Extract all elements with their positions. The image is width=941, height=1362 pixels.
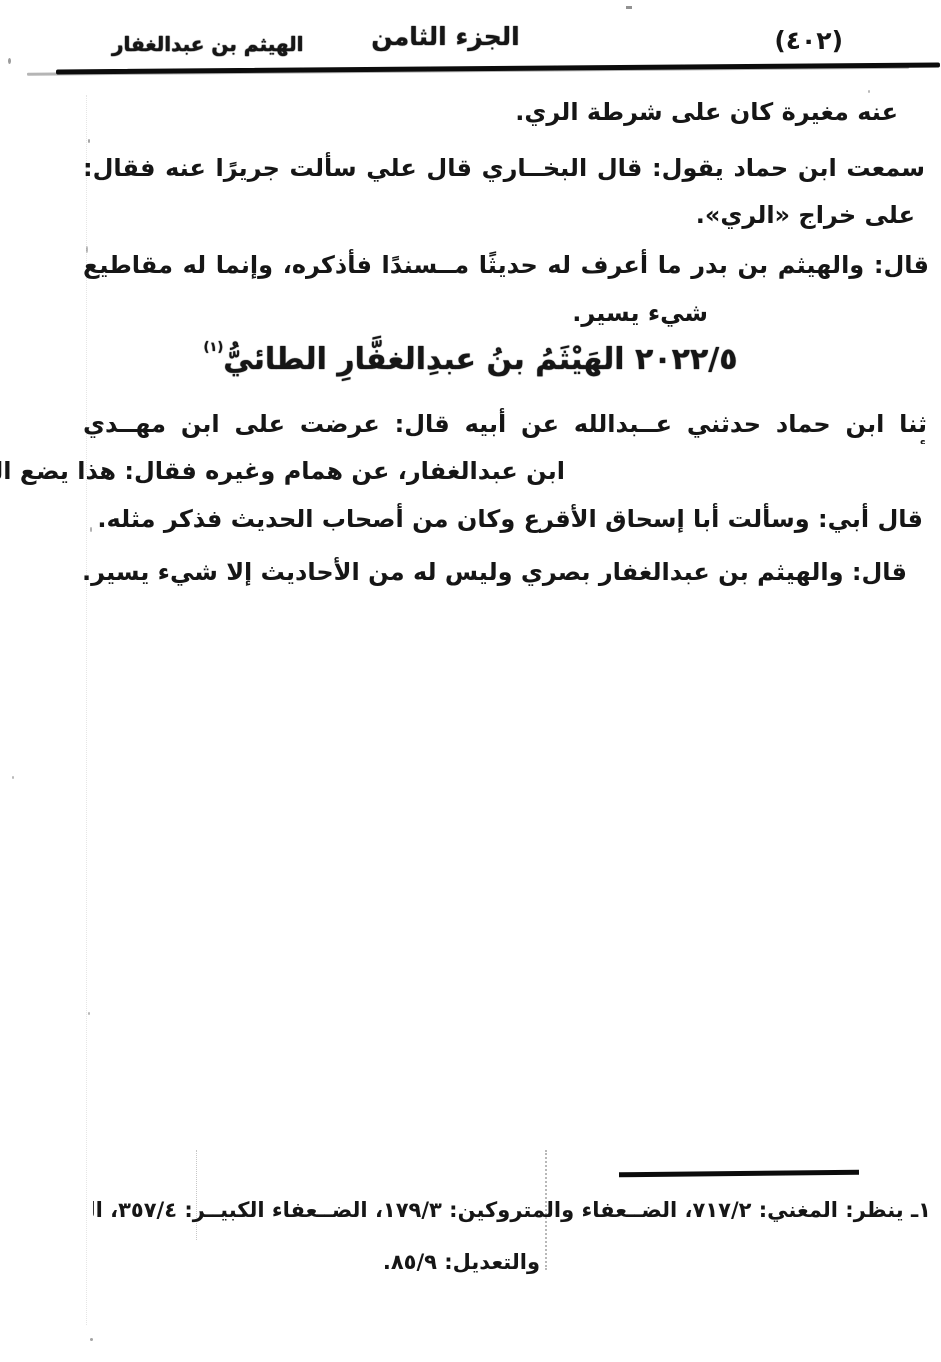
- body-line-7: ابن عبدالغفار، عن همام وغيره فقال: هذا ي…: [0, 455, 565, 487]
- header-rule: [56, 63, 940, 75]
- body-line-9: قال: والهيثم بن عبدالغفار بصري وليس له م…: [82, 556, 907, 588]
- entry-heading: ٢٠٢٢/٥ الهَيْثَمُ بنُ عبدِالغفَّارِ الطا…: [0, 340, 941, 377]
- body-line-3: على خراج «الري».: [696, 199, 915, 231]
- scan-speck: [90, 1338, 93, 1341]
- scan-dotted-line: [86, 95, 87, 1325]
- footnote-line-2: والتعديل: ٨٥/٩.: [383, 1248, 540, 1276]
- scan-speck: [90, 527, 92, 532]
- scan-speck: [868, 90, 870, 93]
- scan-speck: [8, 58, 11, 64]
- body-line-5: شيء يسير.: [572, 297, 708, 329]
- scan-dotted-line: [196, 1150, 197, 1240]
- scan-dotted-line: [545, 1150, 547, 1270]
- footnote-separator: [619, 1170, 859, 1178]
- entry-number: ٢٠٢٢/٥: [635, 342, 738, 377]
- body-line-6: ثنا ابن حماد حدثني عــبدالله عن أبيه قال…: [83, 408, 927, 444]
- body-line-1: عنه مغيرة كان على شرطة الري.: [515, 96, 898, 128]
- scan-speck: [88, 1012, 90, 1015]
- scan-speck: [626, 6, 632, 9]
- entry-name: الهَيْثَمُ بنُ عبدِالغفَّارِ الطائيُّ: [223, 342, 624, 377]
- running-head: الهيثم بن عبدالغفار: [112, 32, 303, 56]
- body-line-8: قال أبي: وسألت أبا إسحاق الأقرع وكان من …: [97, 503, 923, 535]
- scanned-book-page: (٤٠٢) الجزء الثامن الهيثم بن عبدالغفار ع…: [0, 0, 941, 1362]
- footnote-ref: (١): [203, 340, 223, 355]
- body-line-2: سمعت ابن حماد يقول: قال البخــاري قال عل…: [83, 152, 925, 188]
- body-line-4: قال: والهيثم بن بدر ما أعرف له حديثًا مـ…: [83, 249, 929, 285]
- scan-speck: [88, 139, 90, 143]
- footnote-line-1: ١ـ ينظر: المغني: ٧١٧/٢، الضــعفاء والمتر…: [93, 1196, 931, 1230]
- scan-speck: [12, 776, 14, 779]
